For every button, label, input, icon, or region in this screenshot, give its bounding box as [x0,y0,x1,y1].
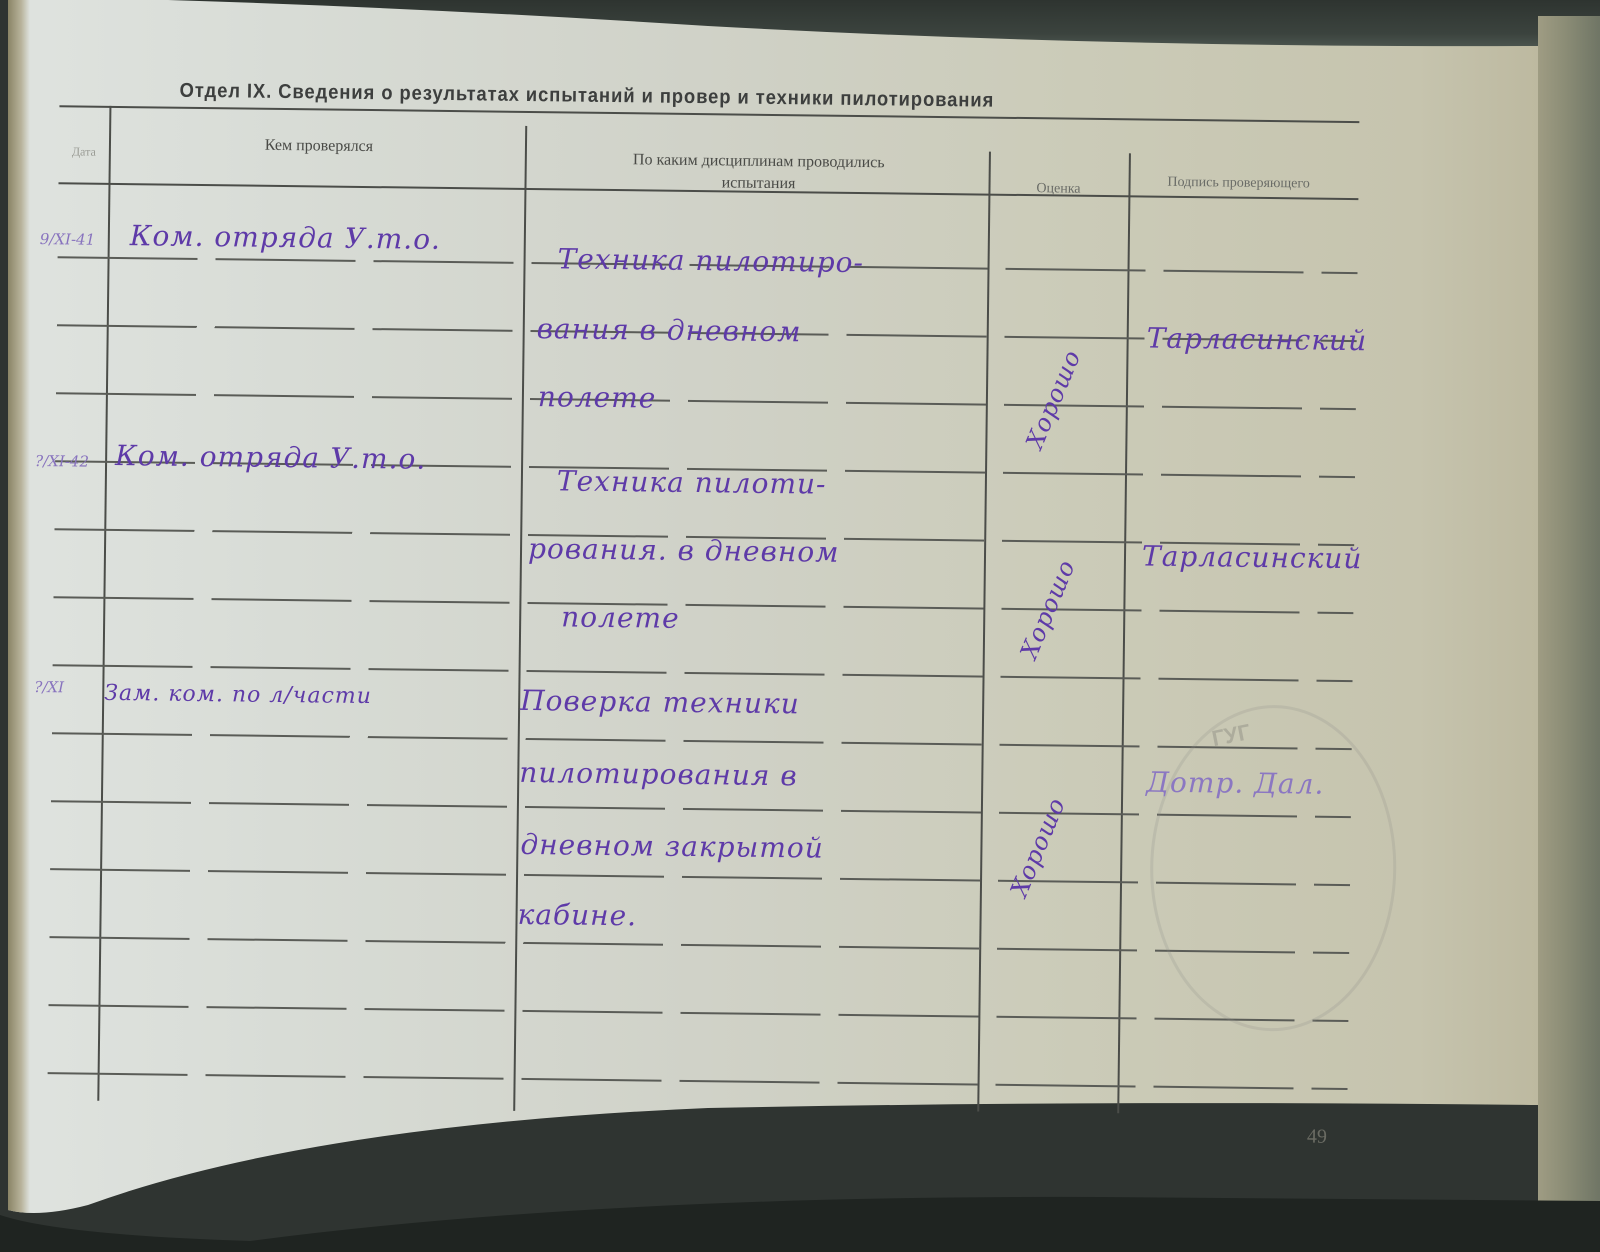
ruled-line [52,732,1352,750]
entry-discipline-line: полете [538,380,657,414]
entry-discipline-line: Техника пилоти- [557,464,827,500]
entry-examiner: Ком. отряда У.т.о. [130,219,441,256]
entry-examiner: Ком. отряда У.т.о. [115,439,426,476]
col-divider-date [97,106,111,1101]
book-cover-bottom [0,1185,1600,1252]
entry-signature: Тарласинский [1142,540,1363,576]
entry-date: ?/XI-42 [35,452,89,471]
col-divider-disciplines [977,152,991,1112]
ruled-line [48,1004,1348,1022]
ruled-line [53,664,1353,682]
entry-discipline-line: кабине. [517,898,637,932]
entry-grade: Хорошо [1020,346,1086,453]
entry-discipline-line: Поверка техники [520,684,800,720]
entry-discipline-line: вания в дневном [537,312,802,348]
page-number: 49 [1307,1126,1327,1149]
entry-date: 9/XI-41 [40,230,96,249]
entry-discipline-line: дневном закрытой [520,828,824,865]
entry-examiner: Зам. ком. по л/части [104,681,372,709]
header-date: Дата [59,140,109,163]
header-disciplines: По каким дисциплинам проводились испытан… [628,149,889,196]
book-spine-fold [1538,16,1600,1212]
official-stamp [1148,704,1398,1033]
entry-discipline-line: рования. в дневном [528,532,840,569]
form-sheet: Отдел IX. Сведения о результатах испытан… [27,60,1400,1137]
entry-grade: Хорошо [1005,793,1071,900]
entry-discipline-line: полете [561,600,680,634]
entry-date: ?/XI [34,678,64,696]
ruled-line [49,936,1349,954]
header-signature: Подпись проверяющего [1138,173,1338,193]
entry-signature: Дотр. Дал. [1146,766,1324,801]
header-examiner: Кем проверялся [119,133,519,160]
ruled-line [48,1072,1348,1090]
page-edge [8,0,30,1218]
entry-discipline-line: Техника пилотиро- [557,242,864,279]
entry-signature: Тарласинский [1146,322,1367,358]
header-grade: Оценка [993,180,1123,200]
col-divider-examiner [513,126,527,1111]
col-divider-grade [1117,153,1131,1113]
ruled-line [53,596,1353,614]
entry-discipline-line: пилотирования в [519,756,798,792]
ruled-line [56,392,1356,410]
